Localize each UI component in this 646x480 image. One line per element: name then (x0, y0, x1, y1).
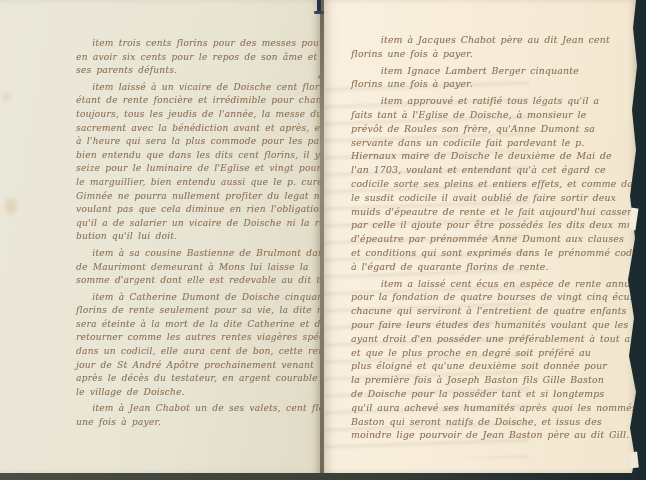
gutter-ink-dot (318, 75, 323, 79)
manuscript-line: étant de rente foncière et irrédimible p… (76, 95, 324, 109)
paragraph: item trois cents florins pour des messes… (76, 38, 324, 79)
paragraph: item à sa cousine Bastienne de Brulmont … (76, 248, 324, 289)
manuscript-line: de Maurimont demeurant à Mons lui laisse… (76, 262, 324, 276)
manuscript-line: le marguillier, bien entendu aussi que l… (76, 177, 324, 191)
left-page-text: item trois cents florins pour des messes… (76, 38, 324, 434)
manuscript-line: item Ignace Lambert Berger cinquante (351, 65, 639, 79)
paragraph: item Ignace Lambert Berger cinquanteflor… (351, 65, 639, 93)
manuscript-line: chacune qui serviront à l'entretient de … (351, 305, 639, 319)
manuscript-line: la première fois à Joseph Baston fils Gi… (351, 374, 639, 388)
binding-thread-knot (314, 11, 324, 14)
manuscript-line: item à Catherine Dumont de Doische cinqu… (76, 292, 324, 306)
manuscript-line: muids d'épeautre de rente et le fait auj… (351, 206, 639, 220)
manuscript-line: sacrement avec la bénédiction avant et a… (76, 123, 324, 137)
manuscript-line: voulant pas que cela diminue en rien l'o… (76, 204, 324, 218)
paragraph: item a laissé cent écus en espèce de ren… (351, 278, 639, 444)
manuscript-line: florins une fois à payer. (351, 48, 639, 62)
manuscript-line: ayant droit d'en posséder une préférable… (351, 333, 639, 347)
manuscript-line: faits tant à l'Eglise de Doische, à mons… (351, 109, 639, 123)
manuscript-line: item à sa cousine Bastienne de Brulmont … (76, 248, 324, 262)
manuscript-line: sera éteinte à la mort de la dite Cather… (76, 319, 324, 333)
manuscript-line: pour la fondation de quatre bourses de v… (351, 291, 639, 305)
page-gutter (320, 0, 324, 473)
paragraph: item à Jean Chabot un de ses valets, cen… (76, 403, 324, 430)
manuscript-line: ses parents défunts. (76, 65, 324, 79)
manuscript-line: servante dans un codicile fait pardevant… (351, 137, 639, 151)
manuscript-line: qu'il aura achevé ses humanités après qu… (351, 402, 639, 416)
manuscript-line: l'an 1703, voulant et entendant qu'à cet… (351, 164, 639, 178)
paragraph: item laissé à un vicaire de Doische cent… (76, 82, 324, 245)
manuscript-line: qu'il a de salarier un vicaire de Doisch… (76, 218, 324, 232)
paragraph: item approuvé et ratifié tous légats qu'… (351, 95, 639, 274)
manuscript-line: florins une fois à payer. (351, 78, 639, 92)
manuscript-line: bien entendu que dans les dits cent flor… (76, 150, 324, 164)
foxing-spot (5, 198, 17, 214)
foxing-spot (2, 92, 10, 102)
manuscript-line: et que le plus proche en degré soit préf… (351, 347, 639, 361)
manuscript-line: retourner comme les autres rentes viagèr… (76, 332, 324, 346)
manuscript-line: le susdit codicile il avait oublié de fa… (351, 192, 639, 206)
manuscript-line: item trois cents florins pour des messes… (76, 38, 324, 52)
manuscript-line: item approuvé et ratifié tous légats qu'… (351, 95, 639, 109)
manuscript-line: plus éloigné et qu'une deuxième soit don… (351, 360, 639, 374)
manuscript-line: moindre lige pourvoir de Jean Baston pèr… (351, 429, 639, 443)
manuscript-line: Baston qui seront natifs de Doische, et … (351, 416, 639, 430)
manuscript-line: item laissé à un vicaire de Doische cent… (76, 82, 324, 96)
manuscript-line: jour de St André Apôtre prochainement ve… (76, 360, 324, 374)
manuscript-line: Hiernaux maire de Doische le deuxième de… (351, 150, 639, 164)
manuscript-line: pour faire leurs études des humanités vo… (351, 319, 639, 333)
manuscript-line: et conditions qui sont exprimés dans le … (351, 247, 639, 261)
manuscript-line: Gimnée ne pourra nullement profiter du l… (76, 191, 324, 205)
manuscript-line: seize pour le luminaire de l'Eglise et v… (76, 163, 324, 177)
manuscript-line: item à Jean Chabot un de ses valets, cen… (76, 403, 324, 417)
manuscript-line: item a laissé cent écus en espèce de ren… (351, 278, 639, 292)
manuscript-line: après le décès du testateur, en argent c… (76, 373, 324, 387)
manuscript-line: bution qu'il lui doit. (76, 231, 324, 245)
manuscript-line: une fois à payer. (76, 417, 324, 431)
manuscript-line: florins de rente seulement pour sa vie, … (76, 305, 324, 319)
manuscript-line: item à Jacques Chabot père au dit Jean c… (351, 34, 639, 48)
manuscript-line: d'épeautre par prénommée Anne Dumont aux… (351, 233, 639, 247)
right-page-text: item à Jacques Chabot père au dit Jean c… (351, 34, 639, 446)
manuscript-line: en avoir six cents pour le repos de son … (76, 52, 324, 66)
manuscript-line: somme d'argent dont elle est redevable a… (76, 275, 324, 289)
manuscript-line: de Doische pour la posséder tant et si l… (351, 388, 639, 402)
manuscript-line: par celle il ajoute pour être possédés l… (351, 219, 639, 233)
left-page: item trois cents florins pour des messes… (0, 0, 321, 473)
paragraph: item à Catherine Dumont de Doische cinqu… (76, 292, 324, 401)
manuscript-line: toujours, tous les jeudis de l'année, la… (76, 109, 324, 123)
manuscript-line: dans un codicil, elle aura cent de bon, … (76, 346, 324, 360)
manuscript-line: à l'égard de quarante florins de rente. (351, 261, 639, 275)
manuscript-line: prévôt de Roules son frère, qu'Anne Dumo… (351, 123, 639, 137)
manuscript-line: à l'heure qui sera la plus commode pour … (76, 136, 324, 150)
manuscript-line: le village de Doische. (76, 387, 324, 401)
manuscript-scan: item trois cents florins pour des messes… (0, 0, 646, 480)
manuscript-line: codicile sorte ses pleins et entiers eff… (351, 178, 639, 192)
right-page: item à Jacques Chabot père au dit Jean c… (324, 0, 638, 473)
paragraph: item à Jacques Chabot père au dit Jean c… (351, 34, 639, 62)
